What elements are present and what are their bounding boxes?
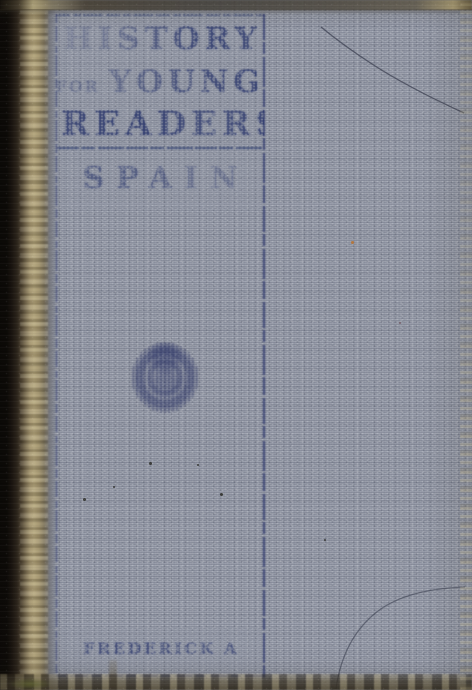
stain-speck xyxy=(220,493,223,496)
stain-speck xyxy=(83,498,86,501)
author-name: FREDERICK A OBER xyxy=(56,635,264,663)
moss-spot xyxy=(8,678,52,690)
young-label: YOUNG xyxy=(109,59,265,105)
worn-right-edge xyxy=(460,0,472,690)
book-cover-photo: HISTORY FOR YOUNG READERS SPAIN FREDERIC… xyxy=(0,0,472,690)
book-title-spain: SPAIN xyxy=(56,156,264,202)
series-title-line1: HISTORY xyxy=(56,18,264,60)
stain-speck xyxy=(197,464,199,466)
top-edge-shadow xyxy=(0,9,472,15)
stain-speck xyxy=(149,462,152,465)
rust-speck xyxy=(351,241,354,244)
publisher-medallion-emblem xyxy=(131,342,199,413)
stain-speck xyxy=(113,486,115,488)
gold-fray-streak xyxy=(20,0,48,690)
worn-bottom-edge xyxy=(0,674,472,690)
stain-speck xyxy=(324,539,326,541)
series-title-line2: FOR YOUNG xyxy=(56,59,264,105)
series-title-line3: READERS xyxy=(56,102,264,146)
red-speck xyxy=(399,322,401,324)
